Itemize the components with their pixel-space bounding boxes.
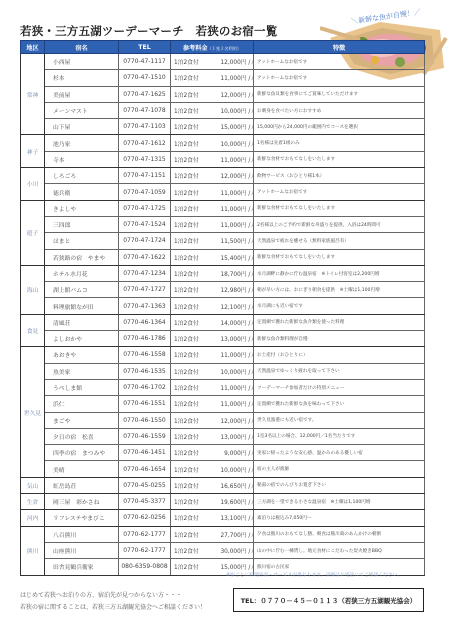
feature-text: 水月湖にも近い宿です xyxy=(254,298,425,314)
phone-number[interactable]: 0770-47-1151 xyxy=(119,168,171,184)
table-header-row: 地区 宿名 TEL 参考料金（１室２名利用） 特徴 xyxy=(21,41,425,54)
price-unit: 円 /人～ xyxy=(241,142,254,148)
price-unit: 円 /人～ xyxy=(241,533,254,539)
price-unit: 円 /人～ xyxy=(241,191,254,197)
district-cell: 小川 xyxy=(21,168,45,201)
price-unit: 円 /人～ xyxy=(241,549,254,555)
price-cell: 1泊2食付19,600円 /人～ xyxy=(171,494,254,510)
price-plan: 1泊2食付 xyxy=(174,353,199,359)
feature-text: アットホームなお宿です xyxy=(254,184,425,200)
price-cell: 1泊2食付12,000円 /人～ xyxy=(171,86,254,102)
table-row: うぺしま館0770-46-17021泊2食付11,000円 /人～ツーデーマーチ… xyxy=(21,379,425,395)
feature-text: 三方湖を一望できる小さな温泉宿 ※土曜は1,100円増 xyxy=(254,494,425,510)
inn-name: きよしや xyxy=(45,200,119,216)
inn-name: 田舎見鶴兵衛家 xyxy=(45,559,119,575)
price-plan: 1泊2食付 xyxy=(174,435,199,441)
inn-name: 夕日の宿 松喜 xyxy=(45,428,119,444)
price-cell: 1泊2食付10,000円 /人～ xyxy=(171,461,254,477)
price-amount: 12,980 xyxy=(199,288,241,294)
phone-number[interactable]: 0770-47-1078 xyxy=(119,102,171,118)
price-unit: 円 /人～ xyxy=(241,93,254,99)
table-row: 夕日の宿 松喜0770-46-15591泊2食付13,000円 /人～1室3名以… xyxy=(21,428,425,444)
inn-name: 岡三屋 彩かさね xyxy=(45,494,119,510)
inn-name: 虹岳島荘 xyxy=(45,477,119,493)
inn-name: 八百熊川 xyxy=(45,526,119,542)
price-cell: 1泊2食付18,700円 /人～ xyxy=(171,265,254,281)
feature-text: お土産付（おひとりに） xyxy=(254,347,425,363)
price-plan: 1泊2食付 xyxy=(174,321,199,327)
district-cell: 海山 xyxy=(21,265,45,314)
price-plan: 1泊2食付 xyxy=(174,468,199,474)
district-cell: 世久見 xyxy=(21,347,45,477)
table-row: メーンマスト0770-47-10781泊2食付10,000円 /人～お刺身を食べ… xyxy=(21,102,425,118)
phone-number[interactable]: 0770-62-0256 xyxy=(119,510,171,526)
inn-name: 寺本 xyxy=(45,151,119,167)
table-row: 浜仁0770-46-15511泊2食付11,000円 /人～定置網で獲れた新鮮な… xyxy=(21,396,425,412)
inn-list-table: 地区 宿名 TEL 参考料金（１室２名利用） 特徴 常神小西屋0770-47-1… xyxy=(20,40,425,576)
table-row: よしおかや0770-46-17861泊2食付13,000円 /人～新鮮な魚介類料… xyxy=(21,331,425,347)
price-plan: 1泊2食付 xyxy=(174,451,199,457)
feature-text: 新鮮な魚貝類を食事にてご賞味していただけます xyxy=(254,86,425,102)
price-amount: 13,000 xyxy=(199,435,241,441)
price-cell: 1泊2食付12,100円 /人～ xyxy=(171,298,254,314)
footer-line-1: はじめて若狭へお泊りの方、宿泊先が見つからない方・・・ xyxy=(20,590,206,602)
feature-text: 素泊りは税込み7,050円～ xyxy=(254,510,425,526)
price-cell: 1泊2食付15,400円 /人～ xyxy=(171,249,254,265)
price-cell: 1泊2食付14,000円 /人～ xyxy=(171,314,254,330)
feature-text: 秘湯の宿でのんびりお寛ぎ下さい xyxy=(254,477,425,493)
price-unit: 円 /人～ xyxy=(241,386,254,392)
phone-number[interactable]: 0770-47-1612 xyxy=(119,135,171,151)
price-amount: 12,000 xyxy=(199,419,241,425)
feature-text: 新鮮な魚介類料理が自慢 xyxy=(254,331,425,347)
feature-text: 新鮮な食材でおもてなしをいたします xyxy=(254,200,425,216)
price-plan: 1泊2食付 xyxy=(174,93,199,99)
inn-name: 杉本 xyxy=(45,70,119,86)
price-unit: 円 /人～ xyxy=(241,337,254,343)
table-row: 三四郎0770-47-15241泊2食付11,000円 /人～2名様以上のご予約… xyxy=(21,216,425,232)
feature-text: 実家に帰ったような安心感、温かみのある優しい宿 xyxy=(254,445,425,461)
phone-number[interactable]: 0770-45-3377 xyxy=(119,494,171,510)
price-unit: 円 /人～ xyxy=(241,435,254,441)
price-plan: 1泊2食付 xyxy=(174,174,199,180)
contact-phone-box[interactable]: TEL：０７７０－４５－０１１３（若狭三方五湖観光協会） xyxy=(233,588,424,612)
table-row: 常神小西屋0770-47-11171泊2食付12,000円 /人～アットホームな… xyxy=(21,54,425,70)
feature-text: 夕食は熊川のおもてなし膳、朝食は熊川葛のあんかけの朝粥 xyxy=(254,526,425,542)
price-amount: 11,000 xyxy=(199,207,241,213)
inn-name: 浜仁 xyxy=(45,396,119,412)
price-plan: 1泊2食付 xyxy=(174,239,199,245)
inn-name: リフレステやまびこ xyxy=(45,510,119,526)
phone-number[interactable]: 0770-47-1510 xyxy=(119,70,171,86)
footnote: ※宿ごとに料理内容・サービスが異なります。詳細はお電話にてご相談ください。 xyxy=(226,571,402,578)
feature-text: ツーデーマーチ参加者だけの特別メニュー xyxy=(254,379,425,395)
price-cell: 1泊2食付12,000円 /人～ xyxy=(171,54,254,70)
price-plan: 1泊2食付 xyxy=(174,533,199,539)
inn-name: 料理旅館なが田 xyxy=(45,298,119,314)
table-row: 遊子きよしや0770-47-17251泊2食付11,000円 /人～新鮮な食材で… xyxy=(21,200,425,216)
inn-name: 清風荘 xyxy=(45,314,119,330)
phone-number[interactable]: 0770-62-1777 xyxy=(119,542,171,558)
price-amount: 10,000 xyxy=(199,468,241,474)
phone-number[interactable]: 0770-47-1363 xyxy=(119,298,171,314)
table-row: 食見清風荘0770-46-13641泊2食付14,000円 /人～定置網で獲れた… xyxy=(21,314,425,330)
phone-number[interactable]: 0770-47-1727 xyxy=(119,282,171,298)
price-amount: 10,000 xyxy=(199,142,241,148)
price-unit: 円 /人～ xyxy=(241,207,254,213)
price-plan: 1泊2食付 xyxy=(174,207,199,213)
feature-text: 朝が早い方には、おにぎり朝食を提供 ※土曜は1,100円増 xyxy=(254,282,425,298)
price-unit: 円 /人～ xyxy=(241,239,254,245)
phone-number[interactable]: 0770-46-1364 xyxy=(119,314,171,330)
price-amount: 12,000 xyxy=(199,93,241,99)
phone-number[interactable]: 080-6359-0808 xyxy=(119,559,171,575)
price-amount: 30,000 xyxy=(199,549,241,555)
price-amount: 11,000 xyxy=(199,353,241,359)
price-amount: 11,000 xyxy=(199,158,241,164)
inn-name: 徳兵衛 xyxy=(45,184,119,200)
phone-number[interactable]: 0770-47-1724 xyxy=(119,233,171,249)
price-plan: 1泊2食付 xyxy=(174,158,199,164)
price-plan: 1泊2食付 xyxy=(174,500,199,506)
feature-text: 定置網で獲れた新鮮な魚介類を使った料理 xyxy=(254,314,425,330)
feature-text: 定置網で獲れた新鮮な魚を味わって下さい xyxy=(254,396,425,412)
inn-name: 美晴 xyxy=(45,461,119,477)
price-cell: 1泊2食付11,000円 /人～ xyxy=(171,396,254,412)
price-unit: 円 /人～ xyxy=(241,109,254,115)
table-row: 料理旅館なが田0770-47-13631泊2食付12,100円 /人～水月湖にも… xyxy=(21,298,425,314)
price-unit: 円 /人～ xyxy=(241,500,254,506)
inn-name: ホテル水月花 xyxy=(45,265,119,281)
price-amount: 9,000 xyxy=(199,451,241,457)
feature-text: 飲物サービス（おひとり様1本） xyxy=(254,168,425,184)
price-plan: 1泊2食付 xyxy=(174,516,199,522)
price-cell: 1泊2食付13,100円 /人～ xyxy=(171,510,254,526)
price-plan: 1泊2食付 xyxy=(174,386,199,392)
price-cell: 1泊2食付11,500円 /人～ xyxy=(171,233,254,249)
price-unit: 円 /人～ xyxy=(241,353,254,359)
feature-text: 天然温泉で疲れを癒せる（無料家族風呂有） xyxy=(254,233,425,249)
phone-number[interactable]: 0770-46-1702 xyxy=(119,379,171,395)
price-cell: 1泊2食付10,000円 /人～ xyxy=(171,363,254,379)
price-plan: 1泊2食付 xyxy=(174,549,199,555)
price-plan: 1泊2食付 xyxy=(174,419,199,425)
price-cell: 1泊2食付15,000円 /人～ xyxy=(171,119,254,135)
inn-name: 若狭路の宿 やまや xyxy=(45,249,119,265)
price-plan: 1泊2食付 xyxy=(174,125,199,131)
phone-number[interactable]: 0770-47-1622 xyxy=(119,249,171,265)
price-plan: 1泊2食付 xyxy=(174,109,199,115)
table-row: 若狭路の宿 やまや0770-47-16221泊2食付15,400円 /人～新鮮な… xyxy=(21,249,425,265)
table-body: 常神小西屋0770-47-11171泊2食付12,000円 /人～アットホームな… xyxy=(21,54,425,576)
table-row: 杉本0770-47-15101泊2食付11,000円 /人～アットホームなお宿で… xyxy=(21,70,425,86)
column-header-price: 参考料金（１室２名利用） xyxy=(171,41,254,54)
price-amount: 11,000 xyxy=(199,223,241,229)
price-unit: 円 /人～ xyxy=(241,370,254,376)
price-amount: 11,000 xyxy=(199,402,241,408)
price-amount: 11,000 xyxy=(199,76,241,82)
price-unit: 円 /人～ xyxy=(241,419,254,425)
table-row: まごや0770-46-15501泊2食付12,000円 /人～世久見漁港にも近い… xyxy=(21,412,425,428)
price-cell: 1泊2食付16,650円 /人～ xyxy=(171,477,254,493)
phone-number[interactable]: 0770-47-1234 xyxy=(119,265,171,281)
price-unit: 円 /人～ xyxy=(241,451,254,457)
inn-name: 三四郎 xyxy=(45,216,119,232)
feature-text: 天然温泉でゆっくり疲れを取って下さい xyxy=(254,363,425,379)
inn-name: 湖上館パムコ xyxy=(45,282,119,298)
phone-number[interactable]: 0770-47-1725 xyxy=(119,200,171,216)
price-unit: 円 /人～ xyxy=(241,288,254,294)
phone-number[interactable]: 0770-46-1654 xyxy=(119,461,171,477)
price-amount: 12,000 xyxy=(199,60,241,66)
price-amount: 15,000 xyxy=(199,125,241,131)
feature-text: 世久見漁港にも近い宿です。 xyxy=(254,412,425,428)
price-note: （１室２名利用） xyxy=(208,46,242,51)
feature-text: アットホームなお宿です xyxy=(254,70,425,86)
price-plan: 1泊2食付 xyxy=(174,565,199,571)
table-row: 山座熊川0770-62-17771泊2食付30,000円 /人～山の中に佇む一棟… xyxy=(21,542,425,558)
inn-name: 池乃家 xyxy=(45,135,119,151)
price-amount: 11,000 xyxy=(199,386,241,392)
feature-text: 水月湖畔に静かに佇む温泉宿 ※トイレ付客室は2,200円増 xyxy=(254,265,425,281)
inn-name: 小西屋 xyxy=(45,54,119,70)
district-cell: 河内 xyxy=(21,510,45,526)
price-cell: 1泊2食付11,000円 /人～ xyxy=(171,347,254,363)
phone-number[interactable]: 0770-62-1777 xyxy=(119,526,171,542)
price-amount: 12,100 xyxy=(199,305,241,311)
feature-text: 1室3名以上の場合、12,000円／1名当たりです xyxy=(254,428,425,444)
price-cell: 1泊2食付9,000円 /人～ xyxy=(171,445,254,461)
feature-text: 15,000円から24,000円の範囲内でコースを選択 xyxy=(254,119,425,135)
price-unit: 円 /人～ xyxy=(241,516,254,522)
price-amount: 10,000 xyxy=(199,370,241,376)
price-plan: 1泊2食付 xyxy=(174,223,199,229)
feature-text: 新鮮な食材でおもてなしをいたします xyxy=(254,249,425,265)
table-row: 熊川八百熊川0770-62-17771泊2食付27,700円 /人～夕食は熊川の… xyxy=(21,526,425,542)
phone-number[interactable]: 0770-47-1059 xyxy=(119,184,171,200)
price-cell: 1泊2食付13,000円 /人～ xyxy=(171,331,254,347)
price-amount: 15,400 xyxy=(199,256,241,262)
feature-text: お刺身を食べたい方におすすめ xyxy=(254,102,425,118)
inn-name: 山座熊川 xyxy=(45,542,119,558)
price-unit: 円 /人～ xyxy=(241,484,254,490)
table-row: 湖上館パムコ0770-47-17271泊2食付12,980円 /人～朝が早い方に… xyxy=(21,282,425,298)
phone-number[interactable]: 0770-46-1559 xyxy=(119,428,171,444)
price-plan: 1泊2食付 xyxy=(174,288,199,294)
price-unit: 円 /人～ xyxy=(241,125,254,131)
inn-name: しろごろ xyxy=(45,168,119,184)
price-cell: 1泊2食付12,980円 /人～ xyxy=(171,282,254,298)
price-plan: 1泊2食付 xyxy=(174,337,199,343)
price-unit: 円 /人～ xyxy=(241,158,254,164)
price-plan: 1泊2食付 xyxy=(174,142,199,148)
price-plan: 1泊2食付 xyxy=(174,76,199,82)
price-cell: 1泊2食付27,700円 /人～ xyxy=(171,526,254,542)
district-cell: 生倉 xyxy=(21,494,45,510)
price-unit: 円 /人～ xyxy=(241,272,254,278)
price-unit: 円 /人～ xyxy=(241,223,254,229)
table-row: 四季の宿 まつみや0770-46-14511泊2食付9,000円 /人～実家に帰… xyxy=(21,445,425,461)
price-unit: 円 /人～ xyxy=(241,60,254,66)
inn-name: 山下屋 xyxy=(45,119,119,135)
price-amount: 12,000 xyxy=(199,174,241,180)
table-row: 山下屋0770-47-11031泊2食付15,000円 /人～15,000円から… xyxy=(21,119,425,135)
phone-number[interactable]: 0770-46-1786 xyxy=(119,331,171,347)
price-cell: 1泊2食付11,000円 /人～ xyxy=(171,379,254,395)
footer-message: はじめて若狭へお泊りの方、宿泊先が見つからない方・・・ 若狭の宿に関することは、… xyxy=(20,590,206,614)
phone-number[interactable]: 0770-47-1315 xyxy=(119,151,171,167)
price-unit: 円 /人～ xyxy=(241,402,254,408)
inn-name: よしおかや xyxy=(45,331,119,347)
price-cell: 1泊2食付13,000円 /人～ xyxy=(171,428,254,444)
district-cell: 神子 xyxy=(21,135,45,168)
feature-text: 新鮮な食材でおもてなしをいたします xyxy=(254,151,425,167)
price-cell: 1泊2食付11,000円 /人～ xyxy=(171,200,254,216)
price-cell: 1泊2食付11,000円 /人～ xyxy=(171,151,254,167)
price-unit: 円 /人～ xyxy=(241,305,254,311)
feature-text: 宿の主人が漁師 xyxy=(254,461,425,477)
footer-line-2: 若狭の宿に関することは、若狭三方五湖観光協会へご相談ください！ xyxy=(20,602,206,614)
price-amount: 11,000 xyxy=(199,191,241,197)
table-row: 美晴0770-46-16541泊2食付10,000円 /人～宿の主人が漁師 xyxy=(21,461,425,477)
phone-number[interactable]: 0770-46-1451 xyxy=(119,445,171,461)
table-row: はまと0770-47-17241泊2食付11,500円 /人～天然温泉で疲れを癒… xyxy=(21,233,425,249)
phone-number[interactable]: 0770-46-1551 xyxy=(119,396,171,412)
phone-number[interactable]: 0770-46-1535 xyxy=(119,363,171,379)
price-plan: 1泊2食付 xyxy=(174,370,199,376)
price-plan: 1泊2食付 xyxy=(174,305,199,311)
phone-number[interactable]: 0770-45-0255 xyxy=(119,477,171,493)
price-plan: 1泊2食付 xyxy=(174,402,199,408)
phone-number[interactable]: 0770-47-1524 xyxy=(119,216,171,232)
table-row: 世久見あおきや0770-46-15581泊2食付11,000円 /人～お土産付（… xyxy=(21,347,425,363)
district-cell: 熊川 xyxy=(21,526,45,575)
price-unit: 円 /人～ xyxy=(241,321,254,327)
price-amount: 18,700 xyxy=(199,272,241,278)
phone-number[interactable]: 0770-47-1625 xyxy=(119,86,171,102)
price-cell: 1泊2食付10,000円 /人～ xyxy=(171,102,254,118)
phone-number[interactable]: 0770-47-1117 xyxy=(119,54,171,70)
price-amount: 16,650 xyxy=(199,484,241,490)
price-plan: 1泊2食付 xyxy=(174,256,199,262)
price-unit: 円 /人～ xyxy=(241,174,254,180)
price-amount: 11,500 xyxy=(199,239,241,245)
feature-text: アットホームなお宿です xyxy=(254,54,425,70)
inn-name: まごや xyxy=(45,412,119,428)
district-cell: 気山 xyxy=(21,477,45,493)
column-header-district: 地区 xyxy=(21,41,45,54)
price-amount: 13,000 xyxy=(199,337,241,343)
table-row: 寺本0770-47-13151泊2食付11,000円 /人～新鮮な食材でおもてな… xyxy=(21,151,425,167)
price-cell: 1泊2食付12,000円 /人～ xyxy=(171,412,254,428)
price-cell: 1泊2食付11,000円 /人～ xyxy=(171,184,254,200)
table-row: 気山虹岳島荘0770-45-02551泊2食付16,650円 /人～秘湯の宿での… xyxy=(21,477,425,493)
column-header-tel: TEL xyxy=(119,41,171,54)
price-plan: 1泊2食付 xyxy=(174,272,199,278)
table-row: 小川しろごろ0770-47-11511泊2食付12,000円 /人～飲物サービス… xyxy=(21,168,425,184)
phone-number[interactable]: 0770-46-1550 xyxy=(119,412,171,428)
price-cell: 1泊2食付30,000円 /人～ xyxy=(171,542,254,558)
inn-name: 魚美家 xyxy=(45,363,119,379)
table-row: 海山ホテル水月花0770-47-12341泊2食付18,700円 /人～水月湖畔… xyxy=(21,265,425,281)
price-cell: 1泊2食付11,000円 /人～ xyxy=(171,70,254,86)
price-plan: 1泊2食付 xyxy=(174,484,199,490)
price-amount: 13,100 xyxy=(199,516,241,522)
price-cell: 1泊2食付10,000円 /人～ xyxy=(171,135,254,151)
price-unit: 円 /人～ xyxy=(241,256,254,262)
column-header-name: 宿名 xyxy=(45,41,119,54)
feature-text: 1名様は先着1組のみ xyxy=(254,135,425,151)
table-row: 美前屋0770-47-16251泊2食付12,000円 /人～新鮮な魚貝類を食事… xyxy=(21,86,425,102)
table-row: 魚美家0770-46-15351泊2食付10,000円 /人～天然温泉でゆっくり… xyxy=(21,363,425,379)
district-cell: 常神 xyxy=(21,54,45,135)
table-row: 徳兵衛0770-47-10591泊2食付11,000円 /人～アットホームなお宿… xyxy=(21,184,425,200)
feature-text: 山の中に佇む一棟貸し。地元食材にこだわった炭火焼きBBQ xyxy=(254,542,425,558)
price-plan: 1泊2食付 xyxy=(174,191,199,197)
price-cell: 1泊2食付11,000円 /人～ xyxy=(171,216,254,232)
inn-name: 美前屋 xyxy=(45,86,119,102)
feature-text: 2名様以上のご予約で新鮮な舟盛りを提供。入浴は24時間可 xyxy=(254,216,425,232)
phone-number[interactable]: 0770-46-1558 xyxy=(119,347,171,363)
price-cell: 1泊2食付12,000円 /人～ xyxy=(171,168,254,184)
inn-name: メーンマスト xyxy=(45,102,119,118)
table-row: 神子池乃家0770-47-16121泊2食付10,000円 /人～1名様は先着1… xyxy=(21,135,425,151)
price-plan: 1泊2食付 xyxy=(174,60,199,66)
column-header-feature: 特徴 xyxy=(254,41,425,54)
district-cell: 食見 xyxy=(21,314,45,347)
price-amount: 19,600 xyxy=(199,500,241,506)
page-title: 若狭・三方五湖ツーデーマーチ 若狭のお宿一覧 xyxy=(20,23,277,39)
price-amount: 27,700 xyxy=(199,533,241,539)
table-row: 河内リフレステやまびこ0770-62-02561泊2食付13,100円 /人～素… xyxy=(21,510,425,526)
inn-name: 四季の宿 まつみや xyxy=(45,445,119,461)
table-row: 生倉岡三屋 彩かさね0770-45-33771泊2食付19,600円 /人～三方… xyxy=(21,494,425,510)
phone-number[interactable]: 0770-47-1103 xyxy=(119,119,171,135)
price-amount: 10,000 xyxy=(199,109,241,115)
district-cell: 遊子 xyxy=(21,200,45,265)
price-unit: 円 /人～ xyxy=(241,76,254,82)
price-amount: 14,000 xyxy=(199,321,241,327)
inn-name: はまと xyxy=(45,233,119,249)
price-unit: 円 /人～ xyxy=(241,468,254,474)
inn-name: あおきや xyxy=(45,347,119,363)
inn-name: うぺしま館 xyxy=(45,379,119,395)
